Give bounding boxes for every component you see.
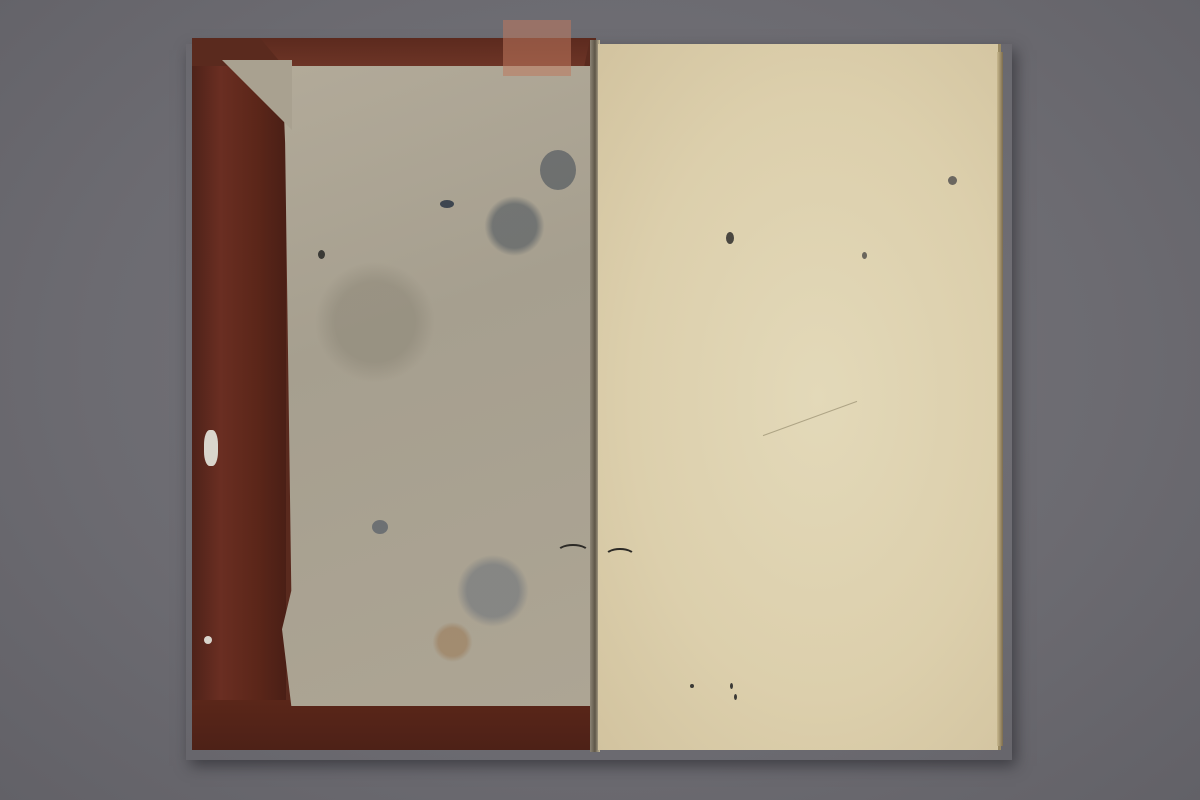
fiber-squiggle xyxy=(604,548,636,566)
fiber-speck xyxy=(372,520,388,534)
tape-fragment xyxy=(503,20,571,76)
fiber-speck xyxy=(440,200,454,208)
foxing-speck xyxy=(734,694,737,700)
foxing-speck xyxy=(690,684,694,688)
foxing-speck xyxy=(948,176,957,185)
leather-side-strip xyxy=(192,66,286,746)
fiber-speck xyxy=(540,150,576,190)
leather-bottom-edge xyxy=(192,700,596,750)
fiber-speck xyxy=(204,430,218,466)
fiber-speck xyxy=(318,250,325,259)
fiber-squiggle xyxy=(556,544,590,562)
foxing-speck xyxy=(726,232,734,244)
foxing-speck xyxy=(862,252,867,259)
foxing-speck xyxy=(730,683,733,689)
blank-right-page xyxy=(598,44,1001,750)
fiber-speck xyxy=(204,636,212,644)
page-fore-edge xyxy=(997,52,1003,746)
